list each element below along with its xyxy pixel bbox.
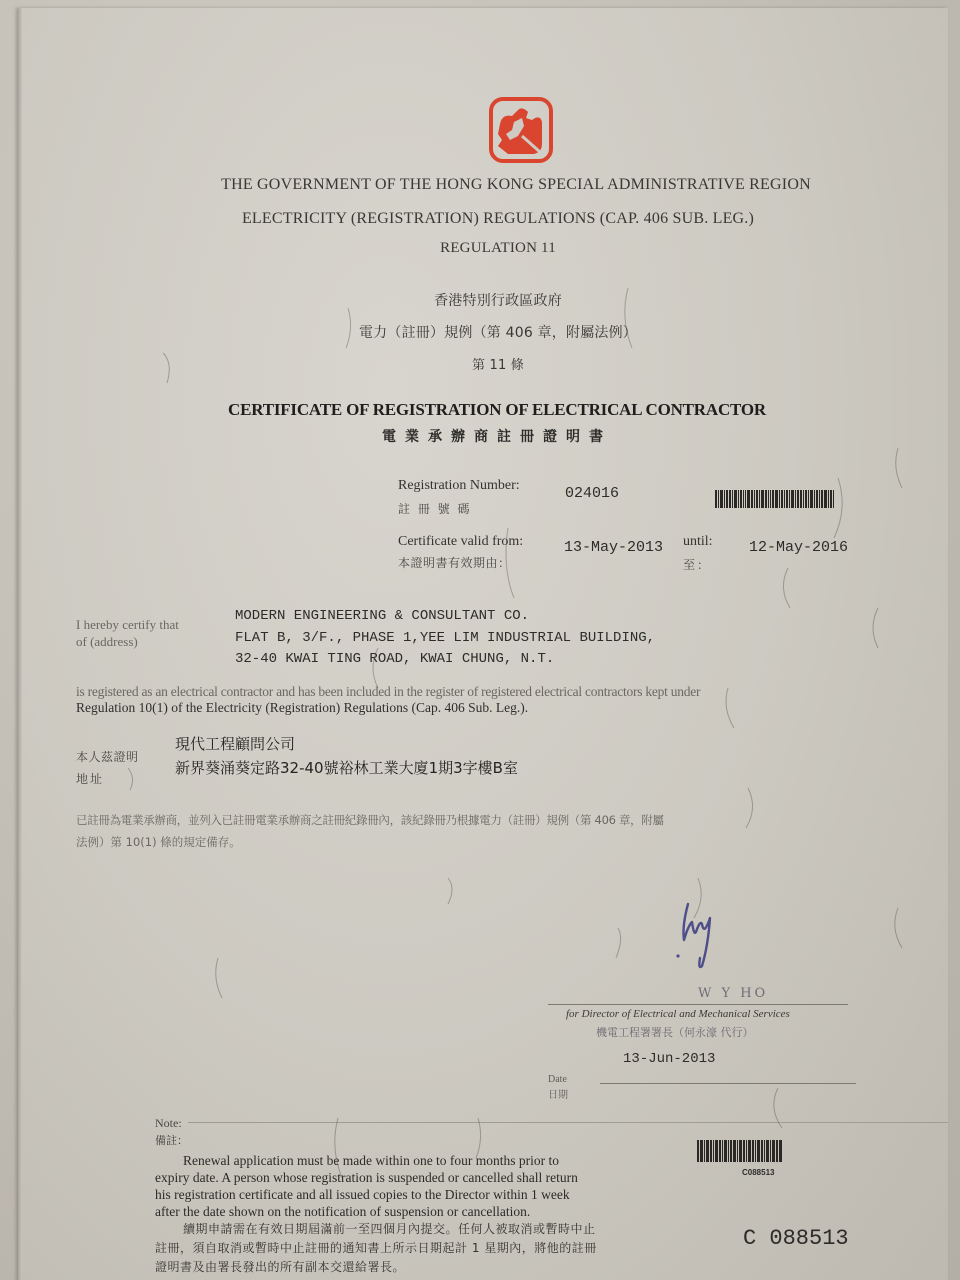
- date-line: [600, 1083, 856, 1084]
- certificate-title-zh: 電業承辦商註冊證明書: [382, 426, 612, 446]
- address-label-zh: 地址: [76, 770, 104, 787]
- header-regulations: ELECTRICITY (REGISTRATION) REGULATIONS (…: [0, 210, 960, 228]
- registration-number: 024016: [565, 485, 619, 502]
- address-label: of (address): [76, 634, 138, 650]
- note-line-zh: 證明書及由署長發出的所有副本交還給署長。: [155, 1258, 695, 1277]
- date-label-zh: 日期: [548, 1086, 568, 1101]
- contractor-name: MODERN ENGINEERING & CONSULTANT CO.: [235, 608, 529, 624]
- for-director-label-zh: 機電工程署署長（何永濠 代行）: [596, 1024, 754, 1040]
- certificate-title: CERTIFICATE OF REGISTRATION OF ELECTRICA…: [228, 400, 766, 420]
- note-label: Note:: [155, 1116, 182, 1131]
- note-line: his registration certificate and all iss…: [155, 1186, 675, 1203]
- note-text-en: Renewal application must be made within …: [155, 1152, 675, 1220]
- emsd-logo-icon: [488, 96, 554, 164]
- header-regulation-number-zh: 第 11 條: [0, 354, 960, 373]
- contractor-address-line-1: FLAT B, 3/F., PHASE 1,YEE LIM INDUSTRIAL…: [235, 630, 655, 646]
- header-government-zh: 香港特別行政區政府: [0, 290, 960, 310]
- barcode-serial-label: C088513: [742, 1168, 774, 1177]
- valid-from-date: 13-May-2013: [564, 539, 663, 556]
- contractor-address-zh: 新界葵涌葵定路32-40號裕林工業大廈1期3字樓B室: [175, 757, 518, 778]
- barcode-registration: [715, 490, 834, 508]
- note-text-zh: 續期申請需在有效日期屆滿前一至四個月內提交。任何人被取消或暫時中止 註冊，須自取…: [155, 1220, 695, 1277]
- statement-faded-segment: is registered as an electrical contracto…: [76, 684, 700, 699]
- barcode-serial: [697, 1140, 782, 1162]
- note-line-zh: 續期申請需在有效日期屆滿前一至四個月內提交。任何人被取消或暫時中止: [155, 1220, 695, 1239]
- registration-statement-zh-line-2: 法例）第 10(1) 條的規定備存。: [76, 834, 241, 850]
- signature-line: [548, 1004, 848, 1005]
- registration-statement-line-2: Regulation 10(1) of the Electricity (Reg…: [76, 700, 528, 716]
- registration-statement-line-1: is registered as an electrical contracto…: [76, 684, 700, 700]
- certify-label: I hereby certify that: [76, 617, 179, 633]
- signature-date: 13-Jun-2013: [623, 1051, 715, 1067]
- header-regulations-zh: 電力（註冊）規例（第 406 章，附屬法例）: [0, 322, 960, 342]
- certify-label-zh: 本人茲證明: [76, 748, 139, 765]
- registration-number-label-zh: 註 冊 號 碼: [398, 500, 471, 517]
- note-rule: [188, 1122, 948, 1123]
- valid-until-date: 12-May-2016: [749, 539, 848, 556]
- serial-number: C 088513: [743, 1226, 849, 1251]
- note-line: after the date shown on the notification…: [155, 1203, 675, 1220]
- signature-mark-icon: [658, 896, 738, 976]
- valid-until-label: until:: [683, 534, 713, 550]
- registration-statement-zh-line-1: 已註冊為電業承辦商，並列入已註冊電業承辦商之註冊紀錄冊內，該紀錄冊乃根據電力（註…: [76, 812, 664, 828]
- note-line-zh: 註冊，須自取消或暫時中止註冊的通知書上所示日期起計 1 星期內，將他的註冊: [155, 1239, 695, 1258]
- certificate-paper: THE GOVERNMENT OF THE HONG KONG SPECIAL …: [18, 8, 948, 1280]
- note-line: expiry date. A person whose registration…: [155, 1169, 675, 1186]
- valid-from-label-zh: 本證明書有效期由：: [398, 554, 511, 571]
- contractor-address-line-2: 32-40 KWAI TING ROAD, KWAI CHUNG, N.T.: [235, 651, 554, 667]
- valid-until-label-zh: 至：: [683, 556, 711, 573]
- header-regulation-number: REGULATION 11: [0, 240, 960, 257]
- signatory-name: W Y HO: [698, 986, 768, 1001]
- contractor-name-zh: 現代工程顧問公司: [175, 733, 295, 754]
- registration-number-label: Registration Number:: [398, 478, 520, 494]
- valid-from-label: Certificate valid from:: [398, 534, 523, 550]
- note-line: Renewal application must be made within …: [155, 1152, 675, 1169]
- header-government: THE GOVERNMENT OF THE HONG KONG SPECIAL …: [16, 176, 960, 194]
- note-label-zh: 備註：: [155, 1132, 188, 1148]
- date-label: Date: [548, 1074, 567, 1085]
- for-director-label: for Director of Electrical and Mechanica…: [566, 1008, 790, 1020]
